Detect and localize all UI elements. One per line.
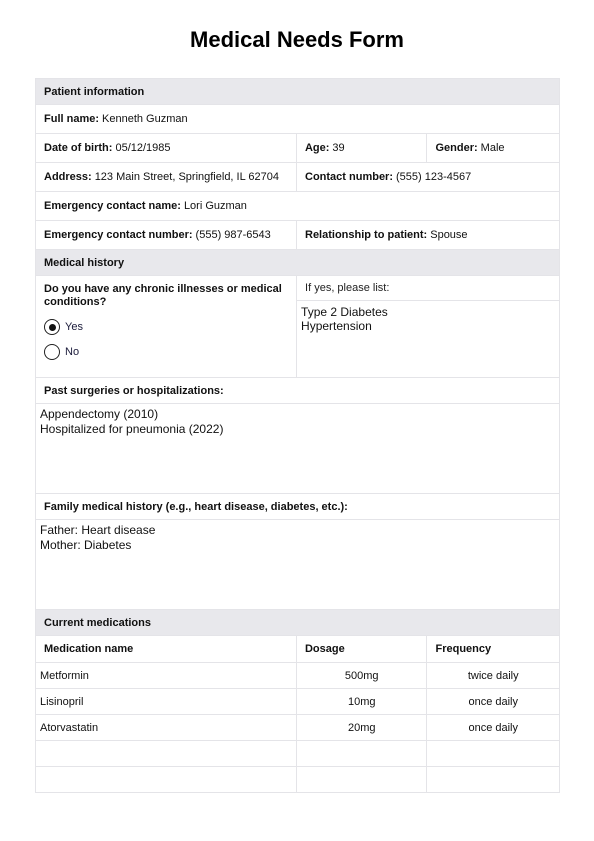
age-field[interactable]: Age: 39 [297,134,428,162]
field-label: Relationship to patient: [305,229,427,241]
field-label: Age: [305,142,329,154]
radio-yes[interactable]: Yes [44,319,288,335]
field-label: Contact number: [305,171,393,183]
field-value: (555) 123-4567 [396,171,471,183]
field-value: Spouse [430,229,467,241]
section-label: Patient information [36,79,559,104]
dosage-cell[interactable] [297,767,428,792]
condition-item: Type 2 Diabetes [301,305,555,319]
radio-checked-icon[interactable] [44,319,60,335]
radio-unchecked-icon[interactable] [44,344,60,360]
frequency-cell[interactable] [427,767,559,792]
field-value: Lori Guzman [184,200,247,212]
dob-age-gender-row: Date of birth: 05/12/1985 Age: 39 Gender… [36,134,559,163]
field-label: Emergency contact name: [44,200,181,212]
gender-field[interactable]: Gender: Male [427,134,559,162]
surgery-item: Appendectomy (2010) [40,407,555,422]
emergency-number-row: Emergency contact number: (555) 987-6543… [36,221,559,250]
emergency-contact-name-field[interactable]: Emergency contact name: Lori Guzman [36,192,559,220]
medication-row-empty [36,741,559,767]
frequency-cell[interactable]: once daily [427,715,559,740]
dosage-cell[interactable]: 500mg [297,663,428,688]
section-label: Current medications [36,610,559,635]
section-medical-history: Medical history [36,250,559,276]
full-name-row: Full name: Kenneth Guzman [36,105,559,134]
date-of-birth-field[interactable]: Date of birth: 05/12/1985 [36,134,297,162]
frequency-cell[interactable]: once daily [427,689,559,714]
field-label: Emergency contact number: [44,229,193,241]
medication-row: Atorvastatin 20mg once daily [36,715,559,741]
chronic-illness-question-cell: Do you have any chronic illnesses or med… [36,276,297,377]
field-value: 39 [332,142,344,154]
field-value: (555) 987-6543 [196,229,271,241]
chronic-illness-row: Do you have any chronic illnesses or med… [36,276,559,378]
if-yes-label: If yes, please list: [297,276,559,301]
field-value: 123 Main Street, Springfield, IL 62704 [95,171,279,183]
family-history-label: Family medical history (e.g., heart dise… [36,494,559,520]
dosage-cell[interactable]: 20mg [297,715,428,740]
address-field[interactable]: Address: 123 Main Street, Springfield, I… [36,163,297,191]
dosage-cell[interactable]: 10mg [297,689,428,714]
family-history-item: Mother: Diabetes [40,538,555,553]
field-label: Gender: [435,142,477,154]
frequency-cell[interactable]: twice daily [427,663,559,688]
medication-name-cell[interactable] [36,767,297,792]
radio-no[interactable]: No [44,344,288,360]
column-header-medication-name: Medication name [36,636,297,662]
section-patient-information: Patient information [36,79,559,105]
contact-number-field[interactable]: Contact number: (555) 123-4567 [297,163,559,191]
past-surgeries-label: Past surgeries or hospitalizations: [36,378,559,404]
family-history-item: Father: Heart disease [40,523,555,538]
relationship-field[interactable]: Relationship to patient: Spouse [297,221,559,249]
field-value: 05/12/1985 [115,142,170,154]
radio-label: No [65,346,79,358]
section-label: Medical history [36,250,559,275]
surgery-item: Hospitalized for pneumonia (2022) [40,422,555,437]
medications-header-row: Medication name Dosage Frequency [36,636,559,663]
condition-item: Hypertension [301,319,555,333]
chronic-illness-question: Do you have any chronic illnesses or med… [44,283,288,309]
medication-row-empty [36,767,559,792]
column-header-frequency: Frequency [427,636,559,662]
family-history-textarea[interactable]: Father: Heart disease Mother: Diabetes [36,520,559,610]
field-value: Male [481,142,505,154]
address-contact-row: Address: 123 Main Street, Springfield, I… [36,163,559,192]
field-label: Date of birth: [44,142,112,154]
medical-needs-form: Patient information Full name: Kenneth G… [35,78,560,793]
field-label: Full name: [44,113,99,125]
section-current-medications: Current medications [36,610,559,636]
medication-name-cell[interactable]: Lisinopril [36,689,297,714]
page-title: Medical Needs Form [0,27,594,53]
medication-row: Metformin 500mg twice daily [36,663,559,689]
dosage-cell[interactable] [297,741,428,766]
full-name-field[interactable]: Full name: Kenneth Guzman [36,105,559,133]
medication-name-cell[interactable]: Atorvastatin [36,715,297,740]
emergency-name-row: Emergency contact name: Lori Guzman [36,192,559,221]
medication-name-cell[interactable]: Metformin [36,663,297,688]
medication-row: Lisinopril 10mg once daily [36,689,559,715]
field-label: Address: [44,171,92,183]
conditions-textarea[interactable]: Type 2 Diabetes Hypertension [297,301,559,337]
medication-name-cell[interactable] [36,741,297,766]
column-header-dosage: Dosage [297,636,428,662]
field-value: Kenneth Guzman [102,113,188,125]
emergency-contact-number-field[interactable]: Emergency contact number: (555) 987-6543 [36,221,297,249]
conditions-cell: If yes, please list: Type 2 Diabetes Hyp… [297,276,559,377]
past-surgeries-textarea[interactable]: Appendectomy (2010) Hospitalized for pne… [36,404,559,494]
frequency-cell[interactable] [427,741,559,766]
radio-label: Yes [65,321,83,333]
